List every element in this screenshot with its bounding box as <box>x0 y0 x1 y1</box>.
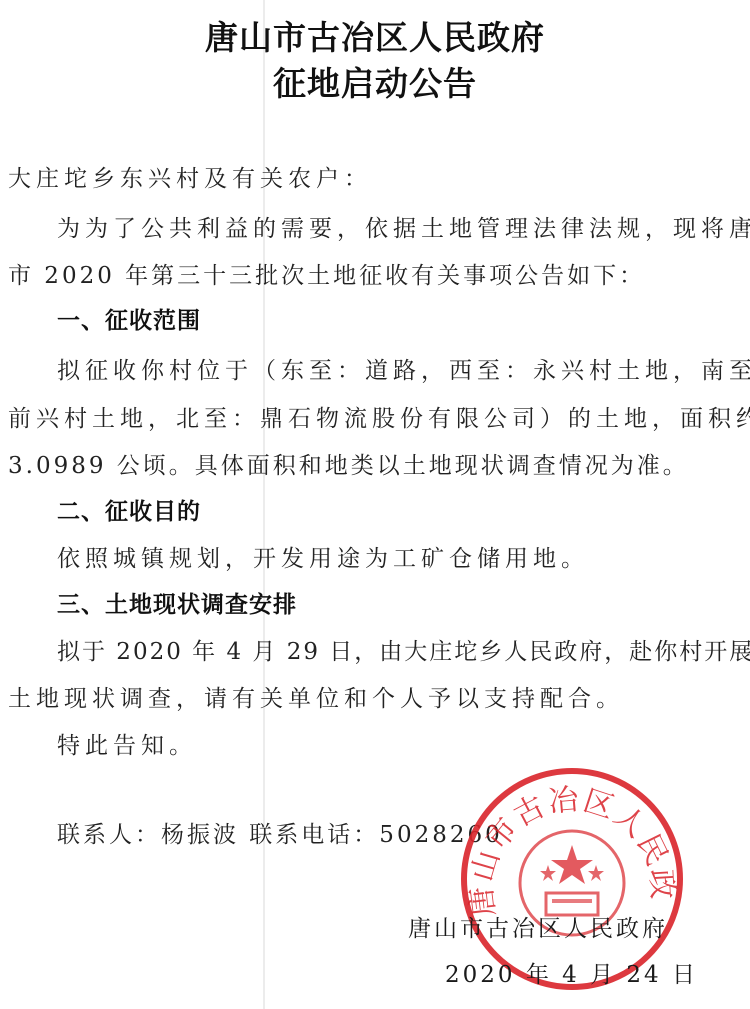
section-3-line-2: 土地现状调查，请有关单位和个人予以支持配合。 <box>8 680 624 713</box>
section-3-heading: 三、土地现状调查安排 <box>57 586 297 619</box>
section-2-heading: 二、征收目的 <box>57 493 201 526</box>
closing-text: 特此告知。 <box>57 727 197 760</box>
intro-line-1: 为为了公共利益的需要，依据土地管理法律法规，现将唐山 <box>57 210 750 243</box>
intro-line-2: 市 2020 年第三十三批次土地征收有关事项公告如下： <box>8 257 645 290</box>
section-1-line-2: 前兴村土地，北至：鼎石物流股份有限公司）的土地，面积约 <box>8 400 750 433</box>
document-title-line1: 唐山市古冶区人民政府 <box>0 12 750 59</box>
scan-fold-line <box>263 0 265 1009</box>
signature-organization: 唐山市古冶区人民政府 <box>408 910 668 943</box>
contact-info: 联系人：杨振波 联系电话：5028260 <box>57 816 503 849</box>
section-3-line-1: 拟于 2020 年 4 月 29 日，由大庄坨乡人民政府，赴你村开展 <box>57 633 750 666</box>
svg-text:唐山市古冶区人民政府: 唐山市古冶区人民政府 <box>458 765 680 918</box>
salutation: 大庄坨乡东兴村及有关农户： <box>8 160 372 193</box>
section-1-line-3: 3.0989 公顷。具体面积和地类以土地现状调查情况为准。 <box>8 447 689 480</box>
section-2-line-1: 依照城镇规划，开发用途为工矿仓储用地。 <box>57 540 589 573</box>
document-title-line2: 征地启动公告 <box>0 58 750 105</box>
signature-date: 2020 年 4 月 24 日 <box>445 956 698 989</box>
section-1-line-1: 拟征收你村位于（东至：道路，西至：永兴村土地，南至： <box>57 352 750 385</box>
section-1-heading: 一、征收范围 <box>57 302 201 335</box>
